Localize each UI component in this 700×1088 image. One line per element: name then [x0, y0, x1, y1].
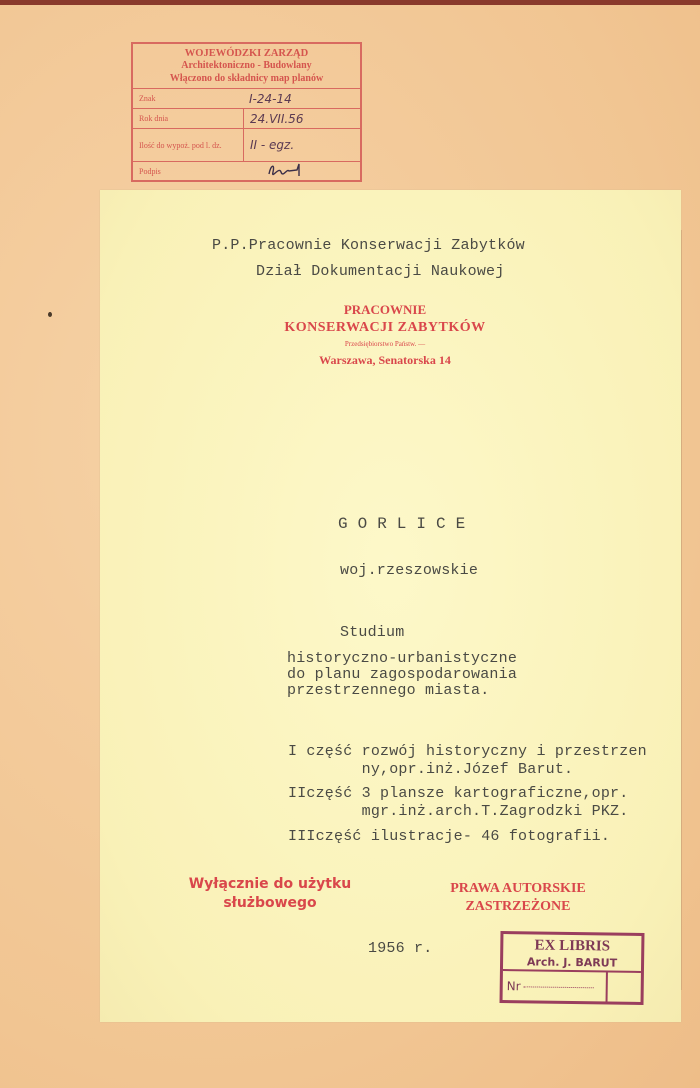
stamp-row-copies: Ilość do wypoż. pod l. dz. II - egz.	[133, 129, 360, 162]
institution-stamp-line1: PRACOWNIE	[265, 302, 505, 318]
folder-fold	[681, 230, 682, 990]
institution-stamp-line3: Przedsiębiorstwo Państw. —	[265, 340, 505, 348]
title-page-sheet: P.P.Pracownie Konserwacji Zabytków Dział…	[100, 190, 681, 1022]
document-region: woj.rzeszowskie	[340, 562, 478, 579]
stamp-label: Ilość do wypoż. pod l. dz.	[133, 141, 243, 150]
stamp-label: Znak	[133, 94, 243, 103]
signature-icon	[249, 162, 309, 178]
exlibris-number-line	[524, 986, 594, 988]
stamp-label: Podpis	[133, 167, 243, 176]
stamp-row-date: Rok dnia 24.VII.56	[133, 109, 360, 129]
stamp-subheader: Architektoniczno - Budowlany	[133, 60, 360, 72]
exlibris-number-label: Nr	[507, 979, 521, 993]
stamp-value: II - egz.	[244, 138, 360, 152]
exlibris-title: EX LIBRIS	[503, 936, 641, 956]
contents-part-3: IIIczęść ilustracje- 46 fotografii.	[288, 828, 610, 845]
exlibris-number-row: Nr	[503, 971, 641, 1003]
folder-top-edge	[0, 0, 700, 5]
signature-scribble	[243, 162, 360, 181]
document-title: G O R L I C E	[338, 515, 465, 533]
paper-speck	[48, 312, 52, 317]
stamp-value: I-24-14	[243, 92, 360, 106]
exlibris-owner: Arch. J. BARUT	[503, 954, 641, 973]
contents-part-1: I część rozwój historyczny i przestrzen …	[288, 743, 647, 779]
document-type: Studium	[340, 624, 404, 641]
document-year: 1956 r.	[368, 940, 432, 957]
org-department: Dział Dokumentacji Naukowej	[256, 263, 504, 280]
stamp-row-signature: Podpis	[133, 162, 360, 181]
stamp-note: Włączono do składnicy map planów	[133, 72, 360, 89]
document-description: historyczno-urbanistyczne do planu zagos…	[287, 651, 517, 699]
archive-registration-stamp: WOJEWÓDZKI ZARZĄD Architektoniczno - Bud…	[131, 42, 362, 182]
official-use-stamp: Wyłącznie do użytku służbowego	[160, 875, 380, 913]
exlibris-stamp: EX LIBRIS Arch. J. BARUT Nr	[500, 931, 645, 1005]
stamp-header: WOJEWÓDZKI ZARZĄD	[133, 44, 360, 60]
institution-stamp-line4: Warszawa, Senatorska 14	[265, 353, 505, 368]
stamp-value: 24.VII.56	[244, 112, 360, 126]
contents-part-2: IIczęść 3 plansze kartograficzne,opr. mg…	[288, 785, 628, 821]
institution-stamp-line2: KONSERWACJI ZABYTKÓW	[265, 320, 505, 336]
stamp-row-sign: Znak I-24-14	[133, 89, 360, 109]
org-name: P.P.Pracownie Konserwacji Zabytków	[212, 237, 525, 254]
exlibris-number-field: Nr	[503, 971, 608, 1002]
copyright-stamp: PRAWA AUTORSKIE ZASTRZEŻONE	[418, 880, 618, 916]
stamp-label: Rok dnia	[133, 114, 243, 123]
